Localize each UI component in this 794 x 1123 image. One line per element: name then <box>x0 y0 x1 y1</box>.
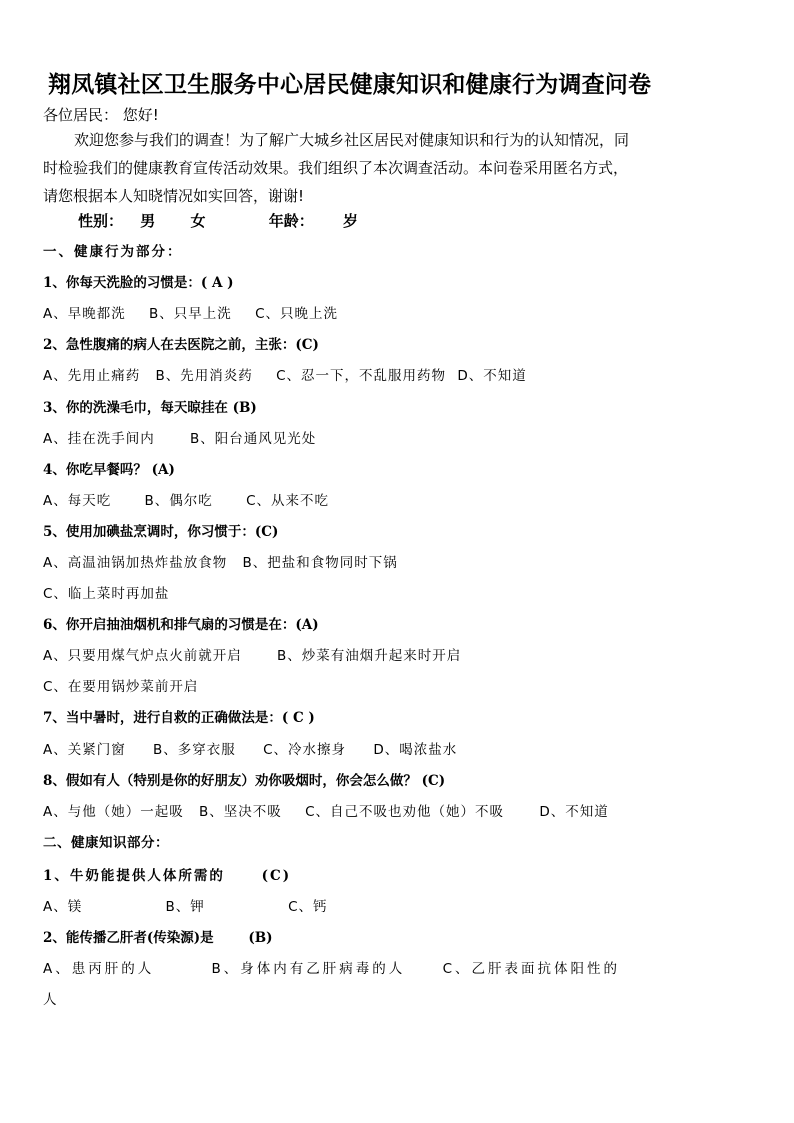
option: C、自己不吸也劝他（她）不吸 <box>305 800 504 820</box>
option: B、先用消炎药 <box>156 364 253 384</box>
question-text: 2、能传播乙肝者(传染源)是 <box>43 930 214 946</box>
question: 1、牛奶能提供人体所需的 (C) <box>43 864 291 884</box>
document-page: 翔凤镇社区卫生服务中心居民健康知识和健康行为调查问卷 各位居民： 您好! 欢迎您… <box>0 0 794 1123</box>
question: 2、急性腹痛的病人在去医院之前，主张：(C) <box>43 333 319 353</box>
option: B、炒菜有油烟升起来时开启 <box>277 644 461 664</box>
option: D、不知道 <box>457 364 526 384</box>
option: A、患丙肝的人 <box>43 957 154 977</box>
option: C、只晚上洗 <box>255 302 338 322</box>
gender-male: 男 <box>140 210 155 231</box>
section-heading: 二、健康知识部分： <box>43 831 169 851</box>
options: C、临上菜时再加盐 <box>43 582 169 602</box>
option: A、高温油锅加热炸盐放食物 <box>43 551 227 571</box>
options: A、高温油锅加热炸盐放食物 B、把盐和食物同时下锅 <box>43 551 398 571</box>
option: B、钾 <box>166 895 205 915</box>
question: 2、能传播乙肝者(传染源)是 (B) <box>43 926 273 946</box>
gender-label: 性别： <box>78 210 123 231</box>
option: D、喝浓盐水 <box>373 738 457 758</box>
greeting: 各位居民： 您好! <box>43 104 159 125</box>
respondent-info: 性别： 男 女 年龄： 岁 <box>78 210 358 231</box>
option: B、只早上洗 <box>149 302 232 322</box>
option: B、阳台通风见光处 <box>190 427 316 447</box>
question: 4、你吃早餐吗？ (A) <box>43 458 175 478</box>
options: A、每天吃 B、偶尔吃 C、从来不吃 <box>43 489 329 509</box>
option: 人 <box>43 988 58 1008</box>
option: B、身体内有乙肝病毒的人 <box>212 957 406 977</box>
question-text: 1、牛奶能提供人体所需的 <box>43 868 225 884</box>
question: 6、你开启抽油烟机和排气扇的习惯是在：(A) <box>43 613 319 633</box>
intro-line: 时检验我们的健康教育宣传活动效果。我们组织了本次调查活动。本问卷采用匿名方式， <box>43 154 683 182</box>
question: 8、假如有人（特别是你的好朋友）劝你吸烟时，你会怎么做？ (C) <box>43 769 445 789</box>
intro-paragraph: 欢迎您参与我们的调查！为了解广大城乡社区居民对健康知识和行为的认知情况，同 时检… <box>43 126 683 210</box>
option: B、多穿衣服 <box>153 738 236 758</box>
intro-line: 请您根据本人知晓情况如实回答，谢谢! <box>43 182 683 210</box>
option: A、关紧门窗 <box>43 738 126 758</box>
options: A、镁 B、钾 C、钙 <box>43 895 328 915</box>
option: C、钙 <box>288 895 327 915</box>
gender-female: 女 <box>191 210 206 231</box>
options: C、在要用锅炒菜前开启 <box>43 675 198 695</box>
intro-line: 欢迎您参与我们的调查！为了解广大城乡社区居民对健康知识和行为的认知情况，同 <box>43 126 683 154</box>
option: C、在要用锅炒菜前开启 <box>43 675 198 695</box>
question-answer: (C) <box>262 868 292 884</box>
option: A、镁 <box>43 895 82 915</box>
section-heading: 一、健康行为部分： <box>43 240 183 260</box>
option: A、每天吃 <box>43 489 111 509</box>
options: A、关紧门窗 B、多穿衣服 C、冷水擦身 D、喝浓盐水 <box>43 738 457 758</box>
age-unit: 岁 <box>343 210 358 231</box>
question: 5、使用加碘盐烹调时，你习惯于：(C) <box>43 520 278 540</box>
option: A、早晚都洗 <box>43 302 126 322</box>
option: C、忍一下，不乱服用药物 <box>276 364 446 384</box>
options: A、挂在洗手间内 B、阳台通风见光处 <box>43 427 316 447</box>
option: C、冷水擦身 <box>263 738 346 758</box>
option: C、乙肝表面抗体阳性的 <box>443 957 620 977</box>
option: B、坚决不吸 <box>199 800 282 820</box>
options: A、早晚都洗 B、只早上洗 C、只晚上洗 <box>43 302 338 322</box>
option: A、挂在洗手间内 <box>43 427 155 447</box>
option: A、与他（她）一起吸 <box>43 800 184 820</box>
options: A、只要用煤气炉点火前就开启 B、炒菜有油烟升起来时开启 <box>43 644 461 664</box>
option: A、只要用煤气炉点火前就开启 <box>43 644 242 664</box>
options: A、先用止痛药 B、先用消炎药 C、忍一下，不乱服用药物 D、不知道 <box>43 364 527 384</box>
options: A、患丙肝的人 B、身体内有乙肝病毒的人 C、乙肝表面抗体阳性的 <box>43 957 620 977</box>
options: A、与他（她）一起吸 B、坚决不吸 C、自己不吸也劝他（她）不吸 D、不知道 <box>43 800 609 820</box>
question: 1、你每天洗脸的习惯是：( A ) <box>43 271 234 291</box>
option: C、临上菜时再加盐 <box>43 582 169 602</box>
option: A、先用止痛药 <box>43 364 140 384</box>
question-answer: (B) <box>248 930 272 946</box>
options: 人 <box>43 988 58 1008</box>
option: B、把盐和食物同时下锅 <box>243 551 398 571</box>
age-label: 年龄： <box>269 210 314 231</box>
page-title: 翔凤镇社区卫生服务中心居民健康知识和健康行为调查问卷 <box>48 66 651 99</box>
question: 7、当中暑时，进行自救的正确做法是：( C ) <box>43 706 315 726</box>
option: B、偶尔吃 <box>145 489 213 509</box>
option: C、从来不吃 <box>246 489 329 509</box>
option: D、不知道 <box>539 800 608 820</box>
question: 3、你的洗澡毛巾，每天晾挂在 (B) <box>43 396 257 416</box>
